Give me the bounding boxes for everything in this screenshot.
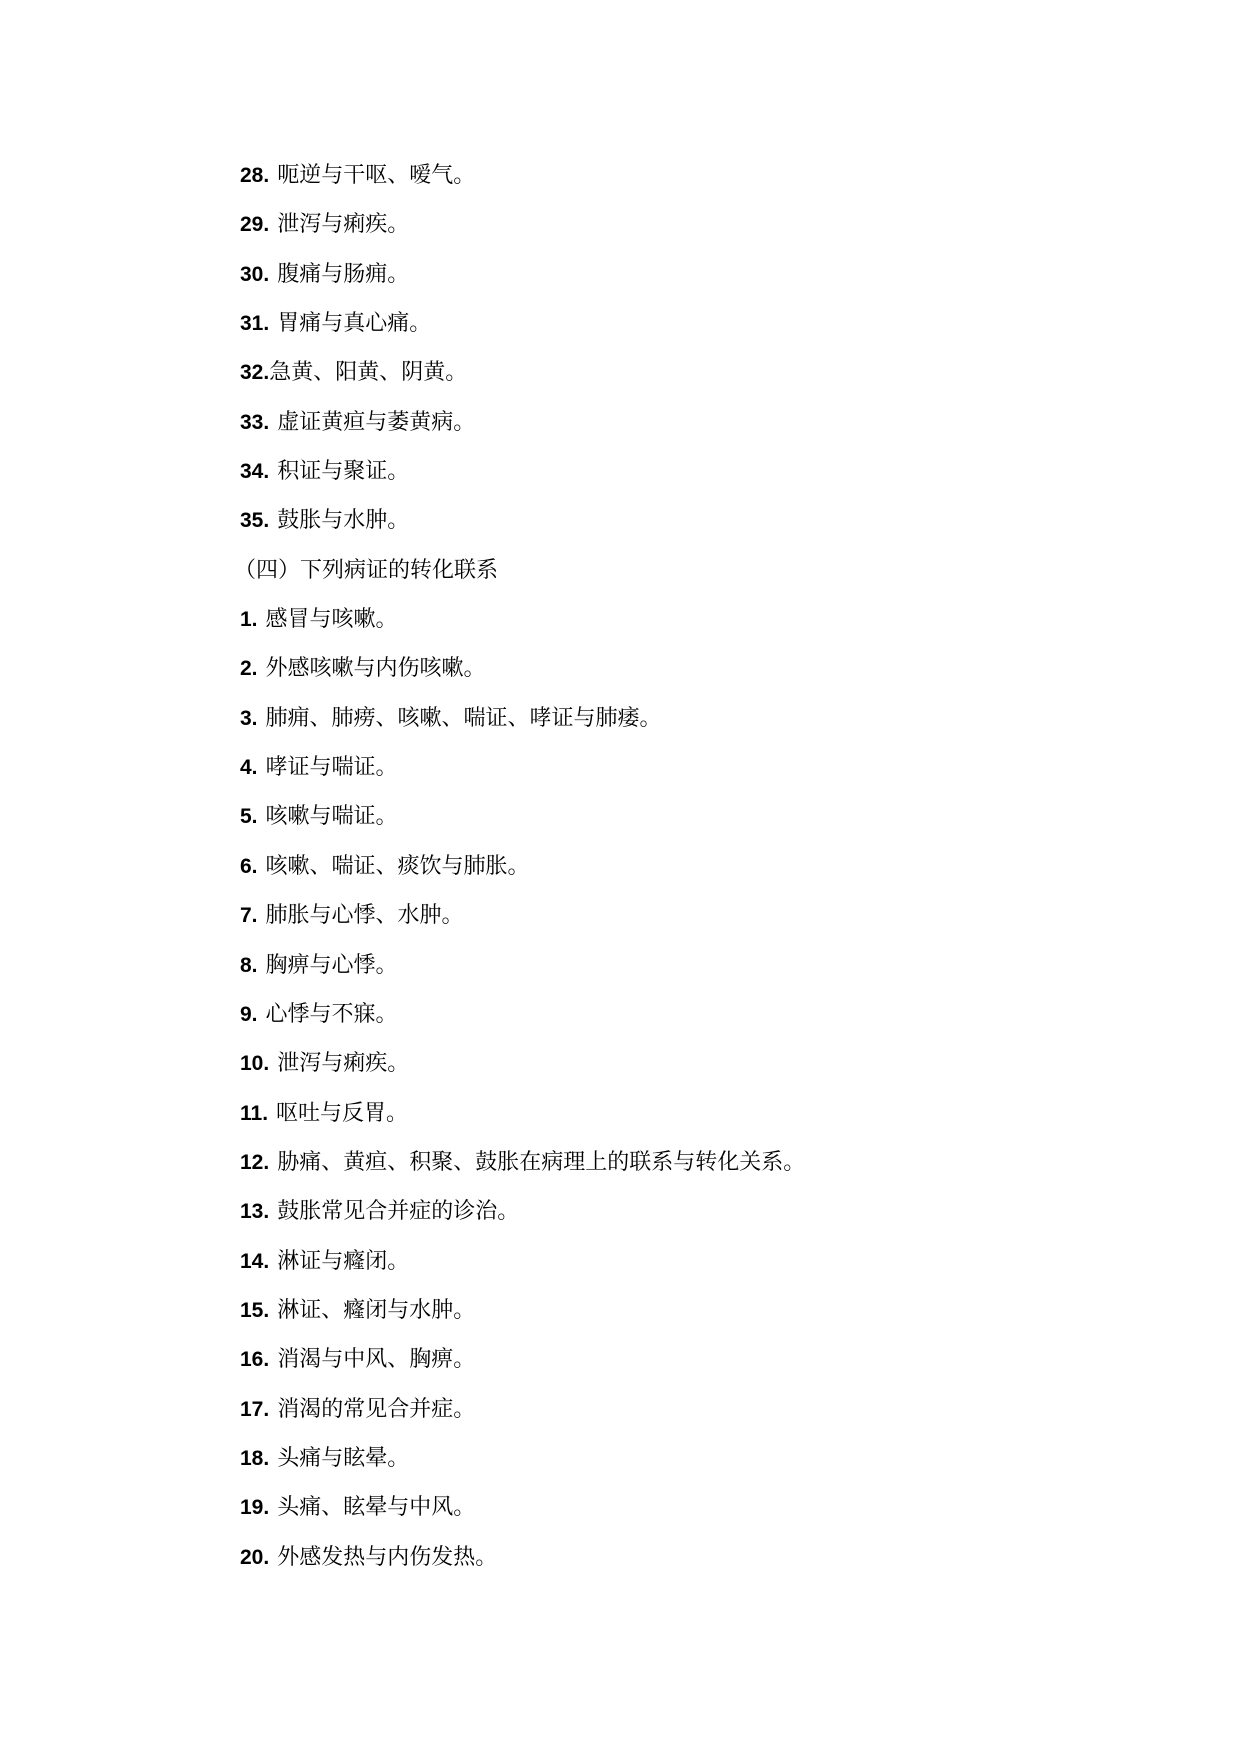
list-item: 12. 胁痛、黄疸、积聚、鼓胀在病理上的联系与转化关系。 (240, 1145, 1060, 1194)
list-item: 7. 肺胀与心悸、水肿。 (240, 898, 1060, 947)
list-item: 35. 鼓胀与水肿。 (240, 503, 1060, 552)
item-text: 咳嗽、喘证、痰饮与肺胀。 (266, 849, 530, 885)
item-number: 19. (240, 1490, 269, 1526)
list-item: 8. 胸痹与心悸。 (240, 948, 1060, 997)
item-number: 33. (240, 405, 269, 441)
item-number: 4. (240, 750, 258, 786)
list-item: 31. 胃痛与真心痛。 (240, 306, 1060, 355)
item-number: 6. (240, 849, 258, 885)
item-number: 10. (240, 1046, 269, 1082)
list-item: 30. 腹痛与肠痈。 (240, 257, 1060, 306)
item-number: 2. (240, 651, 258, 687)
list-item: 10. 泄泻与痢疾。 (240, 1046, 1060, 1095)
list-item: 1. 感冒与咳嗽。 (240, 602, 1060, 651)
list-item: 15. 淋证、癃闭与水肿。 (240, 1293, 1060, 1342)
list-item: 2. 外感咳嗽与内伤咳嗽。 (240, 651, 1060, 700)
list-item: 4. 哮证与喘证。 (240, 750, 1060, 799)
item-text: 急黄、阳黄、阴黄。 (269, 355, 467, 391)
list-item: 3. 肺痈、肺痨、咳嗽、喘证、哮证与肺痿。 (240, 701, 1060, 750)
item-number: 7. (240, 898, 258, 934)
section-heading: （四）下列病证的转化联系 (234, 553, 1060, 602)
item-text: 泄泻与痢疾。 (277, 1046, 409, 1082)
item-text: 肺胀与心悸、水肿。 (266, 898, 464, 934)
item-number: 30. (240, 257, 269, 293)
item-text: 心悸与不寐。 (266, 997, 398, 1033)
list-item: 14. 淋证与癃闭。 (240, 1244, 1060, 1293)
item-text: 胁痛、黄疸、积聚、鼓胀在病理上的联系与转化关系。 (277, 1145, 805, 1181)
list-item: 16. 消渴与中风、胸痹。 (240, 1342, 1060, 1391)
item-number: 28. (240, 158, 269, 194)
item-text: 泄泻与痢疾。 (277, 207, 409, 243)
list-item: 32. 急黄、阳黄、阴黄。 (240, 355, 1060, 404)
item-text: 咳嗽与喘证。 (266, 799, 398, 835)
item-number: 17. (240, 1392, 269, 1428)
item-text: 胸痹与心悸。 (266, 948, 398, 984)
list-item: 17. 消渴的常见合并症。 (240, 1392, 1060, 1441)
item-number: 14. (240, 1244, 269, 1280)
section-heading-text: （四）下列病证的转化联系 (234, 553, 498, 589)
item-text: 头痛、眩晕与中风。 (277, 1490, 475, 1526)
item-text: 感冒与咳嗽。 (266, 602, 398, 638)
item-text: 积证与聚证。 (277, 454, 409, 490)
item-text: 呃逆与干呕、嗳气。 (277, 158, 475, 194)
list-item: 9. 心悸与不寐。 (240, 997, 1060, 1046)
document-content: 28. 呃逆与干呕、嗳气。 29. 泄泻与痢疾。 30. 腹痛与肠痈。 31. … (240, 158, 1060, 1589)
item-text: 虚证黄疸与萎黄病。 (277, 405, 475, 441)
list-item: 20. 外感发热与内伤发热。 (240, 1540, 1060, 1589)
item-text: 肺痈、肺痨、咳嗽、喘证、哮证与肺痿。 (266, 701, 662, 737)
list-item: 19. 头痛、眩晕与中风。 (240, 1490, 1060, 1539)
item-number: 29. (240, 207, 269, 243)
item-text: 鼓胀常见合并症的诊治。 (277, 1194, 519, 1230)
item-text: 消渴与中风、胸痹。 (277, 1342, 475, 1378)
item-text: 头痛与眩晕。 (277, 1441, 409, 1477)
item-text: 胃痛与真心痛。 (277, 306, 431, 342)
list-item: 6. 咳嗽、喘证、痰饮与肺胀。 (240, 849, 1060, 898)
document-page: 28. 呃逆与干呕、嗳气。 29. 泄泻与痢疾。 30. 腹痛与肠痈。 31. … (0, 0, 1240, 1754)
item-number: 34. (240, 454, 269, 490)
item-number: 1. (240, 602, 258, 638)
item-number: 13. (240, 1194, 269, 1230)
item-number: 5. (240, 799, 258, 835)
list-item: 29. 泄泻与痢疾。 (240, 207, 1060, 256)
item-number: 15. (240, 1293, 269, 1329)
list-item: 11. 呕吐与反胃。 (240, 1096, 1060, 1145)
list-item: 18. 头痛与眩晕。 (240, 1441, 1060, 1490)
item-number: 18. (240, 1441, 269, 1477)
item-text: 淋证、癃闭与水肿。 (277, 1293, 475, 1329)
list-item: 28. 呃逆与干呕、嗳气。 (240, 158, 1060, 207)
list-item: 13. 鼓胀常见合并症的诊治。 (240, 1194, 1060, 1243)
list-item: 34. 积证与聚证。 (240, 454, 1060, 503)
item-number: 8. (240, 948, 258, 984)
item-text: 哮证与喘证。 (266, 750, 398, 786)
item-number: 35. (240, 503, 269, 539)
item-text: 外感发热与内伤发热。 (277, 1540, 497, 1576)
item-number: 32. (240, 355, 269, 391)
item-number: 12. (240, 1145, 269, 1181)
item-text: 呕吐与反胃。 (276, 1096, 408, 1132)
item-text: 消渴的常见合并症。 (277, 1392, 475, 1428)
item-number: 20. (240, 1540, 269, 1576)
list-item: 33. 虚证黄疸与萎黄病。 (240, 405, 1060, 454)
item-number: 11. (240, 1096, 268, 1132)
list-item: 5. 咳嗽与喘证。 (240, 799, 1060, 848)
item-number: 31. (240, 306, 269, 342)
item-text: 鼓胀与水肿。 (277, 503, 409, 539)
item-number: 9. (240, 997, 258, 1033)
item-text: 外感咳嗽与内伤咳嗽。 (266, 651, 486, 687)
item-text: 腹痛与肠痈。 (277, 257, 409, 293)
item-number: 3. (240, 701, 258, 737)
item-number: 16. (240, 1342, 269, 1378)
item-text: 淋证与癃闭。 (277, 1244, 409, 1280)
